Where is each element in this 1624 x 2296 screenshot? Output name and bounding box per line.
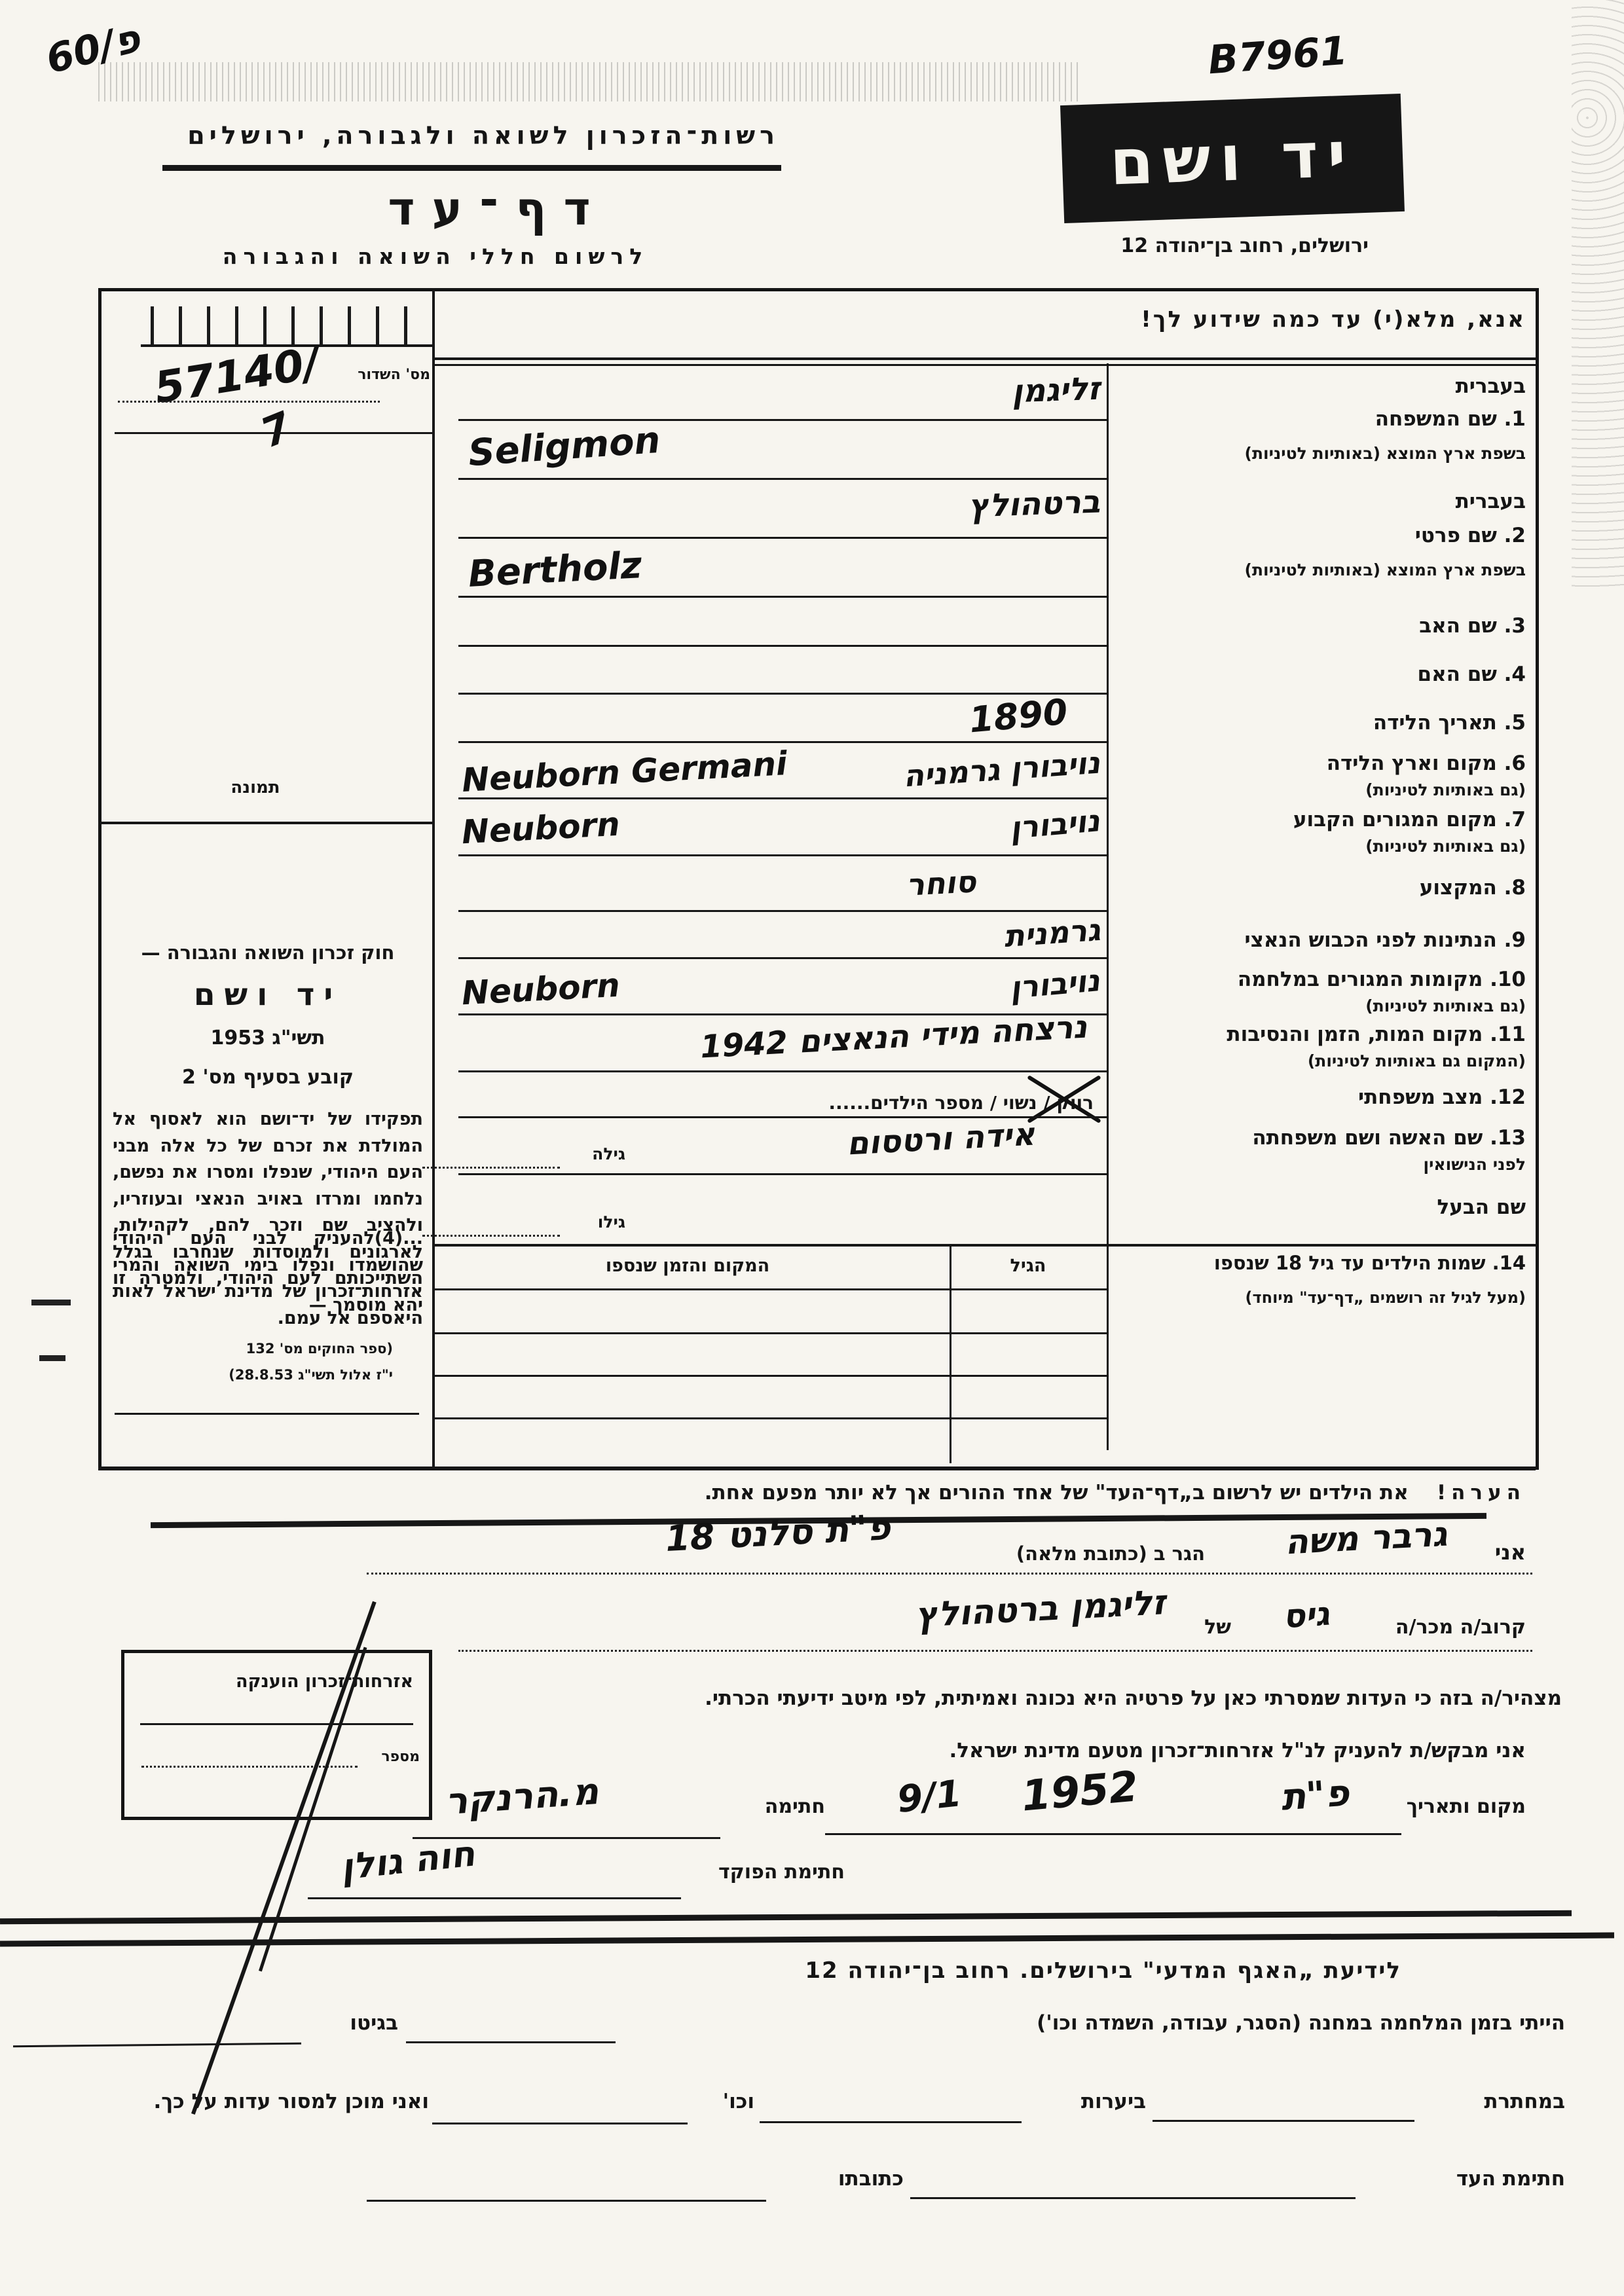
org-address: ירושלים, רחוב בן־יהודה 12 [1002,234,1369,257]
field1-line-b [458,478,1107,480]
q1-line [406,2041,616,2043]
field8-value: סוחר [905,864,976,902]
field2-line-b [458,596,1107,598]
field1-hebrew-tag: בעברית [1172,374,1526,398]
field2-value-latin: Bertholz [467,544,642,596]
table-col-place: המקום והזמן שנספו [458,1256,917,1276]
field8-label: 8. המקצוע [1172,876,1526,900]
children-note-spacer [1416,1481,1430,1504]
request-text: אני מבקש/ת להעניק לנ"ל אזרחות־זכרון מטעם… [674,1739,1526,1762]
section-rule-2 [0,1933,1614,1947]
day-month-handwriting: 9/1 [895,1772,964,1821]
children-note-text: את הילדים יש לרשום ב„דף־העד" של אחד ההור… [705,1481,1409,1504]
husband-name-label: שם הבעל [1172,1195,1526,1219]
q3b-line [367,2200,766,2202]
q2a-line [1153,2120,1414,2122]
q2a-label: במחתרת [1428,2090,1565,2113]
stamp-box-number-label: מספר [381,1749,420,1765]
field6-sublabel: (גם באותיות לטיניות) [1172,780,1526,799]
signature-handwriting: מ.הרנקר [444,1770,600,1823]
deceased-name-handwriting: זליגמן ברטהולץ [915,1583,1167,1635]
declarant-i-label: אני [1467,1540,1526,1565]
field5-label: 5. תאריך הלידה [1172,711,1526,735]
field10-sublabel: (גם באותיות לטיניות) [1172,996,1526,1015]
law-year: תשי"ג 1953 [111,1027,424,1049]
law-paragraph-2: ...(4)להעניק לבני העם היהודי שהושמדו ונפ… [113,1226,423,1332]
place-date-label: מקום ותאריך [1356,1795,1526,1818]
table-header-line [432,1288,1107,1290]
signature-label: חתימה [720,1795,825,1818]
field2-line-a [458,537,1107,539]
declarant-line-1 [367,1573,1532,1575]
place-date-line [825,1833,1401,1835]
field11-line [458,1070,1107,1072]
declarant-line-2 [458,1650,1532,1652]
q2b-line [760,2121,1022,2123]
field7-label: 7. מקום המגורים הקבוע [1172,808,1526,831]
law-block-underline [115,1413,419,1415]
field9-value: גרמנית [1003,912,1101,954]
field1-label: 1. שם המשפחה [1172,407,1526,431]
field7-line [458,854,1107,856]
clerk-signature-handwriting: חוה גולן [339,1832,477,1887]
q2b-label: ביערות [1035,2090,1146,2113]
scan-noise-top [98,62,1080,101]
husband-age-label: גילו [566,1212,625,1231]
field2-label: 2. שם פרטי [1172,524,1526,547]
table-row-line-3 [432,1417,1107,1419]
instruction-rule-2 [432,364,1536,366]
form-instruction: אנא, מלא(י) עד כמה שידוע לך! [1067,306,1526,333]
page-subtitle: לרשום חללי השואה והגבורה [196,244,674,269]
field11-sublabel: (המקום גם באותיות לטיניות) [1172,1051,1526,1070]
logo-text: יד ושם [1109,117,1356,199]
serial-number-label: מס' השדור [357,367,430,383]
field3-label: 3. שם האב [1172,614,1526,638]
org-name: רשות־הזכרון לשואה ולגבורה, ירושלים [164,121,779,150]
field14-sublabel: (מעל לגיל זה רושמים „דף־עד" מיוחד) [1159,1288,1526,1307]
q3a-line [910,2197,1356,2199]
field13-line [458,1173,1107,1175]
declarant-address-label: הגר ב (כתובת מלאה) [943,1542,1205,1565]
field4-line [458,693,1107,695]
field6-line [458,797,1107,799]
year-handwriting: 1952 [1020,1762,1140,1821]
wife-age-line [422,1167,560,1169]
x-mark [1022,1074,1107,1126]
field4-label: 4. שם האם [1172,663,1526,686]
serial-dotted-line [118,401,380,403]
declarant-address-handwriting: פ"ת סלנט 18 [665,1506,892,1559]
field8-line [458,910,1107,912]
field3-line [458,645,1107,647]
serial-solid-line [115,432,432,434]
field13-sublabel: לפני הנישואין [1172,1155,1526,1174]
photo-label: תמונה [190,778,321,797]
margin-mark-1 [31,1300,71,1305]
q1-label: הייתי בזמן המלחמה במחנה (הסגר, עבודה, הש… [609,2011,1565,2035]
scan-noise-right [1572,0,1624,589]
stamp-box-title: אזרחות־זכרון הוענקה [124,1671,413,1692]
table-row-line-2 [432,1375,1107,1377]
section-rule-1 [0,1910,1572,1925]
field6-label: 6. מקום וארץ הלידה [1172,752,1526,775]
relation-label: קרוב/ה מכר/ה [1342,1616,1526,1639]
law-source-1: (ספר החוקים מס' 132 [131,1341,393,1357]
table-col-age: הגיל [956,1256,1100,1276]
wife-age-label: גילה [566,1144,625,1163]
of-label: של [1185,1616,1231,1639]
law-org: יד ושם [111,977,424,1013]
field5-line [458,741,1107,743]
field12-label: 12. מצב משפחתי [1172,1085,1526,1109]
field2-hebrew-tag: בעברית [1172,490,1526,513]
page-title: דף־עד [367,182,629,236]
q3a-label: חתימת העד [1362,2167,1565,2191]
field2-sublabel: בשפת ארץ המוצא (באותיות לטיניות) [1172,560,1526,579]
field9-label: 9. הנתינות לפני הכבוש הנאצי [1172,928,1526,952]
table-age-divider [950,1244,951,1463]
law-clause: קובע בסעיף מס' 2 [111,1066,424,1089]
clerk-signature-line [308,1897,681,1899]
husband-age-line [422,1235,560,1237]
field5-value: 1890 [968,691,1069,741]
children-note-label: הערה! [1437,1481,1526,1504]
q1b-line [13,2043,301,2048]
field13-label: 13. שם האשה ושם משפחתה [1172,1126,1526,1150]
relation-handwriting: גיס [1282,1595,1331,1636]
citizenship-stamp-box: אזרחות־זכרון הוענקה מספר [121,1650,432,1820]
box-bottom-rule-1 [98,1467,1536,1470]
place-handwriting: פ"ת [1280,1772,1351,1819]
clerk-signature-label: חתימת הפוקד [661,1861,845,1884]
table-top-rule [432,1244,1536,1247]
file-number-handwriting: B7961 [1207,28,1349,84]
margin-mark-2 [39,1355,65,1361]
q2c-label: וכו' [695,2090,754,2113]
field1-value-hebrew: זליגמן [1011,371,1101,410]
field1-sublabel: בשפת ארץ המוצא (באותיות לטיניות) [1172,444,1526,463]
ruler-comb-marks [151,306,432,344]
field1-line-a [458,419,1107,421]
table-row-line-1 [432,1332,1107,1334]
yad-vashem-logo: יד ושם [1060,94,1405,223]
field9-line [458,957,1107,959]
instruction-rule [432,357,1536,360]
law-source-2: י"ז אלול תשי"ג 28.8.53) [131,1367,393,1383]
law-title: חוק זכרון השואה והגבורה — [111,941,424,964]
q2d-label: ואני מוכן למסור עדות על כך. [108,2090,429,2113]
q1b-label: בגיטו [306,2011,398,2035]
q3b-label: כתובתו [779,2167,904,2191]
declarant-name-handwriting: גרבר משה [1284,1515,1449,1563]
label-column-divider [1107,363,1109,1450]
q2c-line [432,2123,688,2124]
photo-box-bottom [98,822,432,824]
info-line: לידיעת „האגף המדעי" בירושלים. רחוב בן־יה… [485,1958,1401,1984]
field11-label: 11. מקום המות, הזמן והנסיבות [1172,1023,1526,1046]
children-note: הערה! את הילדים יש לרשום ב„דף־העד" של אח… [347,1481,1526,1504]
field14-label: 14. שמות הילדים עד גיל 18 שנספו [1159,1252,1526,1274]
field10-label: 10. מקומות המגורים במלחמה [1172,968,1526,991]
field2-value-hebrew: ברטהולץ [968,484,1101,525]
scanned-testimony-page: פ/60 B7961 רשות־הזכרון לשואה ולגבורה, יר… [0,0,1624,2296]
org-underline [162,165,781,171]
field7-sublabel: (גם באותיות לטיניות) [1172,837,1526,856]
